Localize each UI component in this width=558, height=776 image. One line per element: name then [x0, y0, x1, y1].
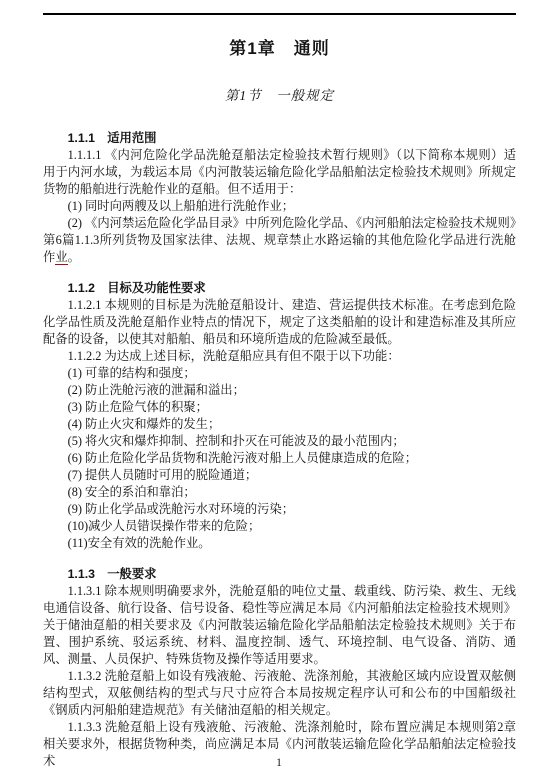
body-paragraph-1-1-3-2: 1.1.3.2 洗舱趸船上如设有残液舱、污液舱、洗涤剂舱，其液舱区域内应设置双舷…	[43, 668, 516, 719]
list-item-function-7: (7) 提供人员随时可用的脱险通道；	[43, 467, 516, 484]
list-item-function-2: (2) 防止洗舱污液的泄漏和溢出；	[43, 382, 516, 399]
body-paragraph-1-1-3-1: 1.1.3.1 除本规则明确要求外，洗舱趸船的吨位丈量、载重线、防污染、救生、无…	[43, 583, 516, 668]
list-item-text-tail: 。	[68, 250, 80, 264]
list-item-1-1-1-1: (1) 同时向两艘及以上船舶进行洗舱作业；	[43, 198, 516, 215]
body-paragraph-1-1-2-1: 1.1.2.1 本规则的目标是为洗舱趸船设计、建造、营运提供技术标准。在考虑到危…	[43, 297, 516, 348]
list-item-function-6: (6) 防止危险化学品货物和洗舱污液对船上人员健康造成的危险；	[43, 450, 516, 467]
section-title: 第1节 一般规定	[43, 87, 516, 104]
document-page: 第1章 通则 第1节 一般规定 1.1.1 适用范围 1.1.1.1 《内河危险…	[0, 0, 558, 776]
list-item-1-1-1-2: (2) 《内河禁运危险化学品目录》中所列危险化学品、《内河船舶法定检验技术规则》…	[43, 215, 516, 266]
list-item-function-5: (5) 将火灾和爆炸抑制、控制和扑灭在可能波及的最小范围内；	[43, 433, 516, 450]
body-paragraph-1-1-1-1: 1.1.1.1 《内河危险化学品洗舱趸船法定检验技术暂行规则》（以下简称本规则）…	[43, 147, 516, 198]
subsection-heading-1-1-2: 1.1.2 目标及功能性要求	[43, 280, 516, 297]
list-item-function-10: (10)减少人员错误操作带来的危险；	[43, 518, 516, 535]
proofing-underlined-text: 业	[55, 250, 67, 265]
list-item-text: (2) 《内河禁运危险化学品目录》中所列危险化学品、《内河船舶法定检验技术规则》…	[43, 216, 516, 264]
list-item-function-11: (11)安全有效的洗舱作业。	[43, 535, 516, 552]
list-item-function-4: (4) 防止火灾和爆炸的发生；	[43, 416, 516, 433]
list-item-function-9: (9) 防止化学品或洗舱污水对环境的污染；	[43, 501, 516, 518]
list-item-function-1: (1) 可靠的结构和强度；	[43, 365, 516, 382]
page-content: 第1章 通则 第1节 一般规定 1.1.1 适用范围 1.1.1.1 《内河危险…	[43, 13, 516, 770]
list-item-function-8: (8) 安全的系泊和靠泊；	[43, 484, 516, 501]
subsection-heading-1-1-1: 1.1.1 适用范围	[43, 130, 516, 147]
page-number: 1	[0, 757, 558, 769]
subsection-heading-1-1-3: 1.1.3 一般要求	[43, 566, 516, 583]
body-paragraph-1-1-2-2: 1.1.2.2 为达成上述目标，洗舱趸船应具有但不限于以下功能：	[43, 348, 516, 365]
chapter-title: 第1章 通则	[43, 38, 516, 60]
list-item-function-3: (3) 防止危险气体的积聚；	[43, 399, 516, 416]
